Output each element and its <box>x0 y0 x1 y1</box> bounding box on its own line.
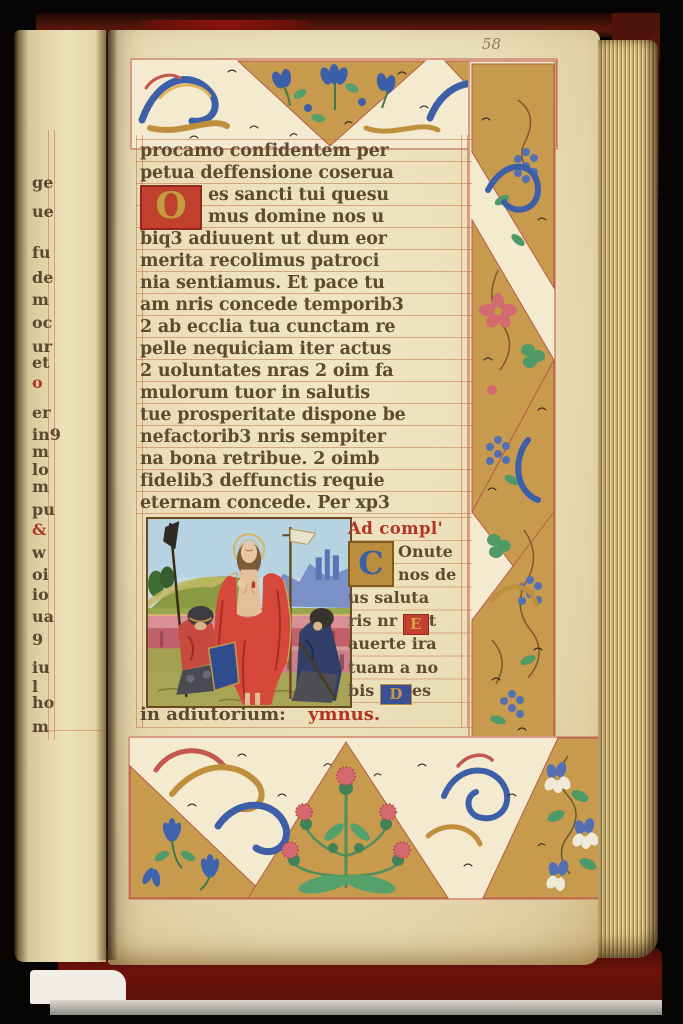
text-line: us saluta <box>348 586 472 609</box>
text-line: auerte ira <box>348 632 472 655</box>
bottom-border-ornament <box>128 736 612 900</box>
ruling-line <box>136 727 472 728</box>
text-fragment: oc <box>32 313 70 332</box>
text-fragment: oi <box>32 565 70 584</box>
text-fragment: o <box>32 373 70 392</box>
text-fragment: m <box>32 477 70 496</box>
left-page: ge ue fu de m oc ur et o er in9 m lo m p… <box>14 30 106 962</box>
text-line: pelle nequiciam iter actus <box>140 338 470 360</box>
text-line: am nris concede temporib3 <box>140 294 470 316</box>
text-fragment: fu <box>32 243 70 262</box>
text-fragment: in adiutorium: <box>140 704 286 725</box>
text-line: mulorum tuor in salutis <box>140 382 470 404</box>
text-line: petua deffensione coserua <box>140 162 470 184</box>
resurrection-miniature <box>146 517 352 708</box>
text-line: eternam concede. Per xp3 <box>140 492 470 514</box>
text-fragment: 9 <box>32 630 70 649</box>
text-fragment: m <box>32 442 70 461</box>
wound <box>252 582 255 588</box>
text-line: fidelib3 deffunctis requie <box>140 470 470 492</box>
text-fragment: ge <box>32 173 70 192</box>
text-fragment: ho <box>32 693 70 712</box>
text-fragment: ua <box>32 607 70 626</box>
text-line: nia sentiamus. Et pace tu <box>140 272 470 294</box>
text-fragment: ue <box>32 202 70 221</box>
rubric-compline: Ad compl' <box>348 517 472 540</box>
shield <box>209 642 239 690</box>
text-line: bis Des <box>348 679 472 702</box>
text-line: 2 ab ecclia tua cunctam re <box>140 316 470 338</box>
text-line: merita recolimus patroci <box>140 250 470 272</box>
text-line: biq3 adiuuent ut dum eor <box>140 228 470 250</box>
text-line: na bona retribue. 2 oimb <box>140 448 470 470</box>
text-fragment: m <box>32 290 70 309</box>
text-line: tuam a no <box>348 656 472 679</box>
illuminated-initial-c: C <box>348 541 394 587</box>
text-fragment: t <box>429 611 436 630</box>
text-line: procamo confidentem per <box>140 140 470 162</box>
text-fragment: ris nr <box>348 611 397 630</box>
manuscript-photo: ge ue fu de m oc ur et o er in9 m lo m p… <box>0 0 683 1024</box>
text-fragment: io <box>32 585 70 604</box>
right-border-ornament <box>468 60 556 748</box>
blessing-hand <box>237 579 246 588</box>
illuminated-initial-o: O <box>140 185 202 230</box>
text-line: 2 uoluntates nras 2 oim fa <box>140 360 470 382</box>
folio-number: 58 <box>482 35 501 53</box>
text-fragment: er <box>32 403 70 422</box>
page-gutter <box>96 30 118 960</box>
text-line: tue prosperitate dispone be <box>140 404 470 426</box>
ruling-line <box>136 135 137 727</box>
text-fragment: iu <box>32 658 70 677</box>
face <box>241 542 257 563</box>
text-fragment: & <box>32 520 70 539</box>
cloth-patch <box>30 970 126 1004</box>
text-fragment: m <box>32 717 70 736</box>
text-fragment: w <box>32 543 70 562</box>
rubric-hymn: ymnus. <box>308 704 380 725</box>
main-page: 58 <box>108 30 600 965</box>
table-edge <box>50 1000 662 1015</box>
text-line: ris nr Et <box>348 609 472 632</box>
fore-edge-page-stack <box>598 40 658 958</box>
text-fragment: es <box>412 681 431 700</box>
text-line: nefactorib3 nris sempiter <box>140 426 470 448</box>
text-fragment: de <box>32 268 70 287</box>
text-fragment: pu <box>32 500 70 519</box>
text-fragment: et <box>32 353 70 372</box>
final-text-line: in adiutorium: ymnus. <box>140 702 472 727</box>
text-fragment: bis <box>348 681 374 700</box>
